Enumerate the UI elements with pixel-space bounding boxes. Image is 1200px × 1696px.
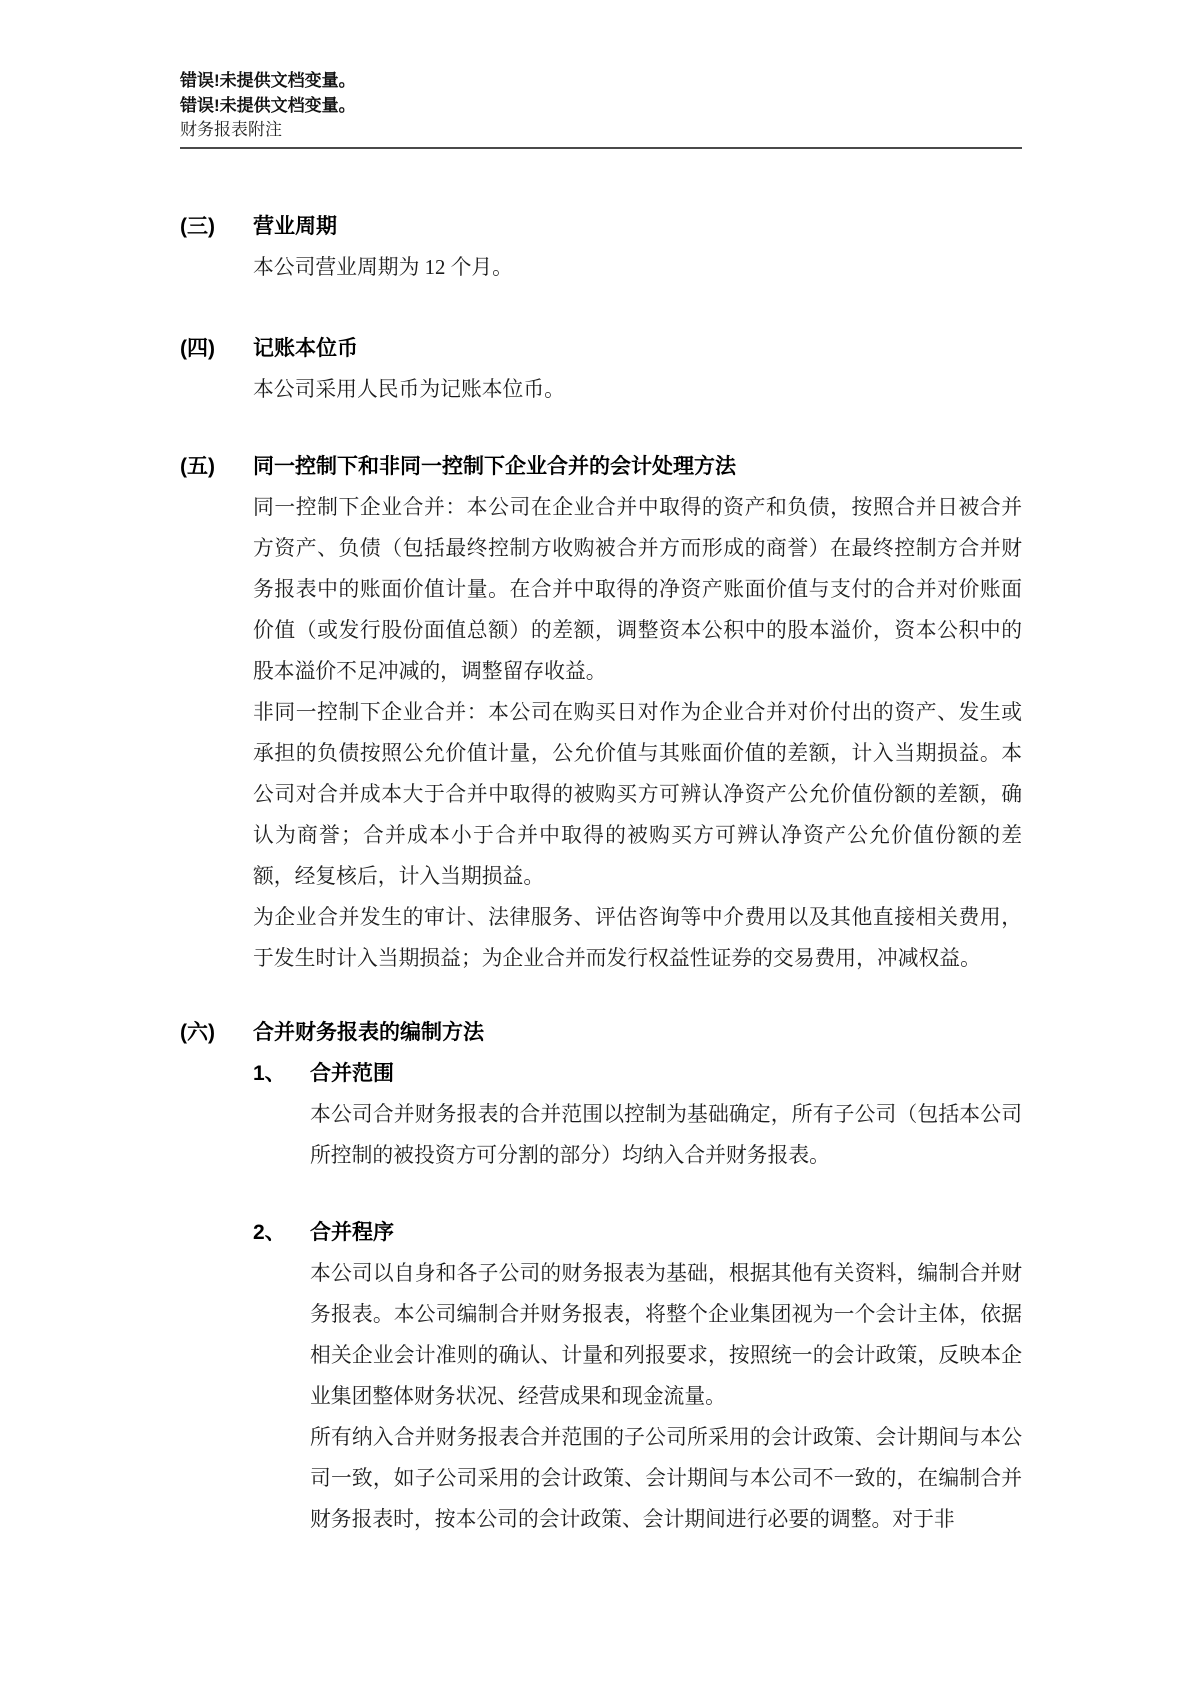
section-title: 记账本位币	[253, 328, 358, 369]
subsection-marker: 1、	[253, 1053, 310, 1094]
paragraph: 本公司营业周期为 12 个月。	[253, 247, 1022, 288]
section-title: 营业周期	[253, 206, 337, 247]
section-marker: (三)	[180, 206, 253, 247]
paragraph: 本公司采用人民币为记账本位币。	[253, 369, 1022, 410]
section-title: 合并财务报表的编制方法	[253, 1012, 484, 1053]
page-header: 错误!未提供文档变量。 错误!未提供文档变量。 财务报表附注	[180, 0, 1022, 149]
paragraph: 本公司合并财务报表的合并范围以控制为基础确定，所有子公司（包括本公司所控制的被投…	[310, 1094, 1022, 1176]
section-marker: (六)	[180, 1012, 253, 1053]
paragraph: 所有纳入合并财务报表合并范围的子公司所采用的会计政策、会计期间与本公司一致，如子…	[310, 1417, 1022, 1540]
section-functional-currency: (四) 记账本位币 本公司采用人民币为记账本位币。	[180, 328, 1022, 410]
paragraph: 非同一控制下企业合并：本公司在购买日对作为企业合并对价付出的资产、发生或承担的负…	[253, 692, 1022, 897]
section-title: 同一控制下和非同一控制下企业合并的会计处理方法	[253, 446, 736, 487]
subsection-title: 合并范围	[310, 1053, 394, 1094]
section-marker: (四)	[180, 328, 253, 369]
section-operating-cycle: (三) 营业周期 本公司营业周期为 12 个月。	[180, 206, 1022, 288]
section-body: 同一控制下企业合并：本公司在企业合并中取得的资产和负债，按照合并日被合并方资产、…	[253, 487, 1022, 979]
subsection-body: 本公司以自身和各子公司的财务报表为基础，根据其他有关资料，编制合并财务报表。本公…	[310, 1253, 1022, 1540]
subsection-body: 本公司合并财务报表的合并范围以控制为基础确定，所有子公司（包括本公司所控制的被投…	[310, 1094, 1022, 1176]
paragraph: 同一控制下企业合并：本公司在企业合并中取得的资产和负债，按照合并日被合并方资产、…	[253, 487, 1022, 692]
section-business-combination-accounting: (五) 同一控制下和非同一控制下企业合并的会计处理方法 同一控制下企业合并：本公…	[180, 446, 1022, 979]
section-body: 本公司采用人民币为记账本位币。	[253, 369, 1022, 410]
section-body: 本公司营业周期为 12 个月。	[253, 247, 1022, 288]
subsection-marker: 2、	[253, 1212, 310, 1253]
section-heading: (五) 同一控制下和非同一控制下企业合并的会计处理方法	[180, 446, 1022, 487]
subsection-heading: 1、 合并范围	[253, 1053, 1022, 1094]
section-marker: (五)	[180, 446, 253, 487]
page-content: 错误!未提供文档变量。 错误!未提供文档变量。 财务报表附注 (三) 营业周期 …	[180, 0, 1022, 1540]
paragraph: 为企业合并发生的审计、法律服务、评估咨询等中介费用以及其他直接相关费用，于发生时…	[253, 897, 1022, 979]
subsection-title: 合并程序	[310, 1212, 394, 1253]
subsection-consolidation-scope: 1、 合并范围 本公司合并财务报表的合并范围以控制为基础确定，所有子公司（包括本…	[253, 1053, 1022, 1176]
section-consolidated-statements-method: (六) 合并财务报表的编制方法 1、 合并范围 本公司合并财务报表的合并范围以控…	[180, 1012, 1022, 1540]
paragraph: 本公司以自身和各子公司的财务报表为基础，根据其他有关资料，编制合并财务报表。本公…	[310, 1253, 1022, 1417]
header-error-field-1: 错误!未提供文档变量。	[180, 68, 1022, 93]
section-heading: (四) 记账本位币	[180, 328, 1022, 369]
subsection-heading: 2、 合并程序	[253, 1212, 1022, 1253]
section-heading: (六) 合并财务报表的编制方法	[180, 1012, 1022, 1053]
document-page: 错误!未提供文档变量。 错误!未提供文档变量。 财务报表附注 (三) 营业周期 …	[0, 0, 1200, 1696]
header-error-field-2: 错误!未提供文档变量。	[180, 93, 1022, 118]
section-heading: (三) 营业周期	[180, 206, 1022, 247]
header-doc-title: 财务报表附注	[180, 118, 1022, 141]
subsection-consolidation-procedure: 2、 合并程序 本公司以自身和各子公司的财务报表为基础，根据其他有关资料，编制合…	[253, 1212, 1022, 1540]
